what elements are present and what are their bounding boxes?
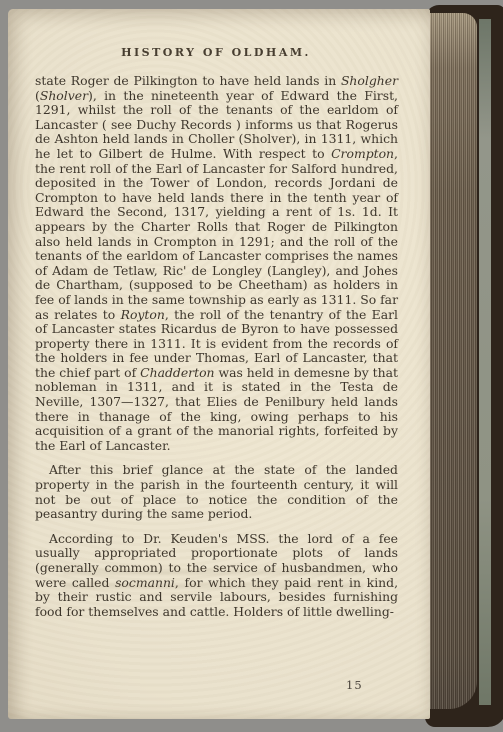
italic-run: Sholgher — [341, 73, 398, 88]
italic-run: Royton — [121, 307, 165, 322]
book-fore-edge — [425, 5, 503, 727]
paragraph: state Roger de Pilkington to have held l… — [35, 74, 398, 453]
scan-image: { "page": { "header": "HISTORY OF OLDHAM… — [0, 0, 503, 732]
running-header: HISTORY OF OLDHAM. — [35, 46, 397, 59]
italic-run: Crompton — [331, 146, 394, 161]
scan-backdrop: HISTORY OF OLDHAM. state Roger de Pilkin… — [0, 0, 503, 732]
book-page-edges — [426, 13, 477, 709]
text-run: state Roger de Pilkington to have held l… — [35, 73, 341, 88]
page-body: state Roger de Pilkington to have held l… — [35, 74, 398, 619]
italic-run: Chadderton — [140, 365, 214, 380]
italic-run: socmanni — [115, 575, 175, 590]
text-run: After this brief glance at the state of … — [35, 462, 398, 521]
paragraph: According to Dr. Keuden's MSS. the lord … — [35, 532, 398, 620]
book-cover-lining — [479, 19, 491, 705]
paragraph: After this brief glance at the state of … — [35, 463, 398, 521]
book-page: HISTORY OF OLDHAM. state Roger de Pilkin… — [8, 9, 430, 719]
text-run: , the rent roll of the Earl of Lancaster… — [35, 146, 398, 322]
italic-run: Sholver — [40, 88, 88, 103]
page-number: 15 — [346, 678, 363, 692]
